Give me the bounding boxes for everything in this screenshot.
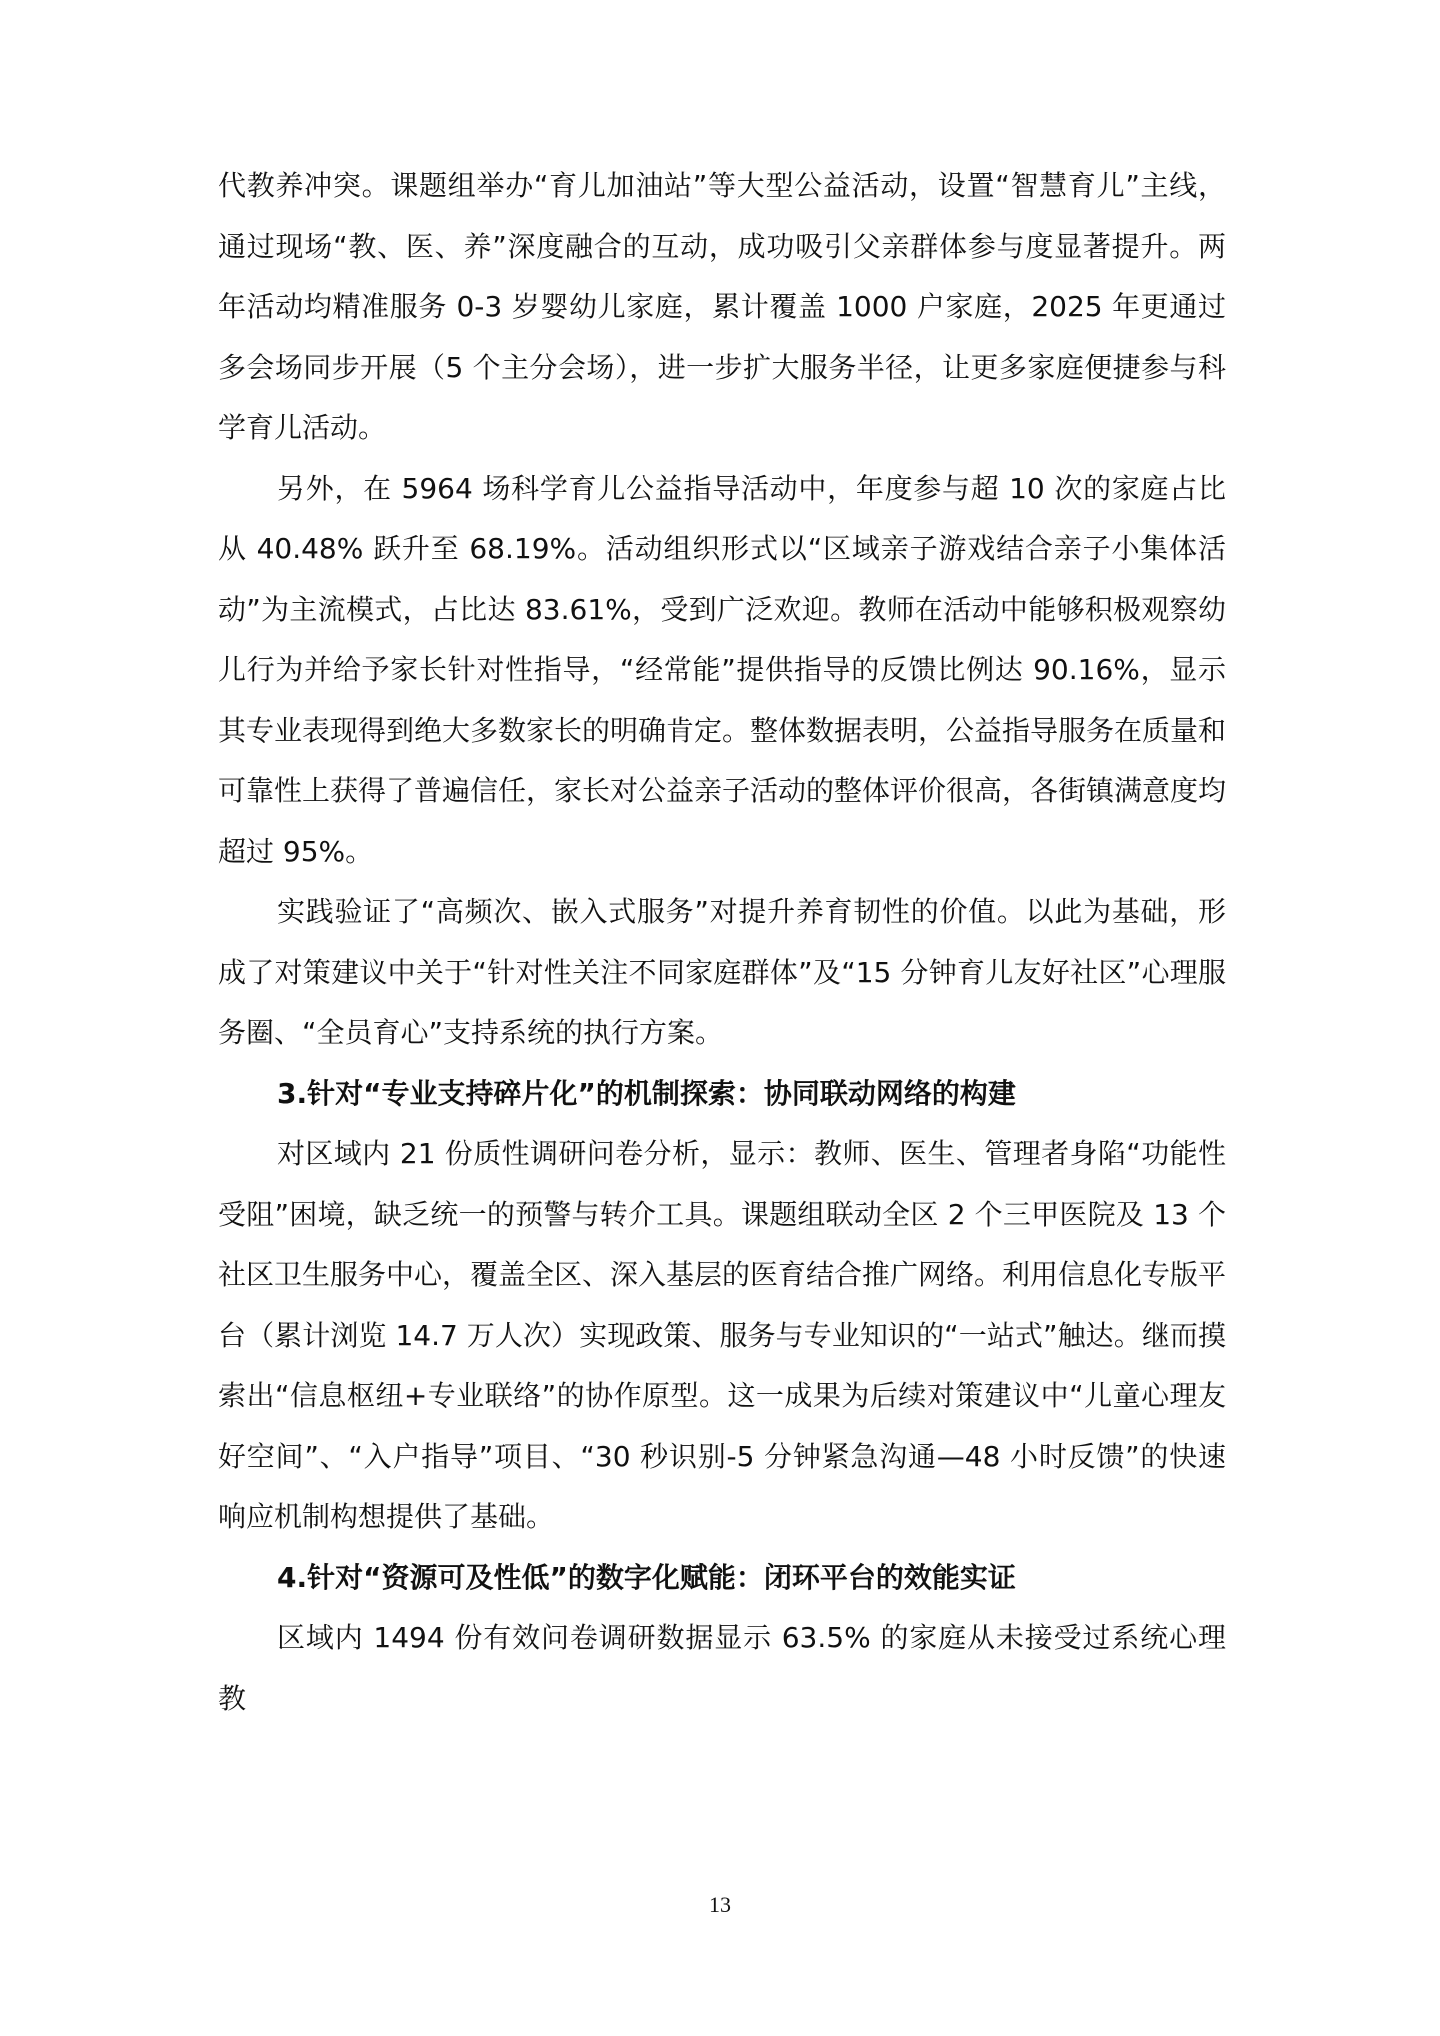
section-heading-4: 4.针对“资源可及性低”的数字化赋能：闭环平台的效能实证 bbox=[218, 1548, 1226, 1609]
paragraph-collaboration-network: 对区域内 21 份质性调研问卷分析，显示：教师、医生、管理者身陷“功能性受阻”困… bbox=[218, 1124, 1226, 1548]
document-body: 代教养冲突。课题组举办“育儿加油站”等大型公益活动，设置“智慧育儿”主线，通过现… bbox=[218, 156, 1226, 1729]
section-heading-3: 3.针对“专业支持碎片化”的机制探索：协同联动网络的构建 bbox=[218, 1064, 1226, 1125]
page-number: 13 bbox=[0, 1892, 1440, 1918]
paragraph-activity-stats: 另外，在 5964 场科学育儿公益指导活动中，年度参与超 10 次的家庭占比从 … bbox=[218, 459, 1226, 883]
paragraph-practice-validation: 实践验证了“高频次、嵌入式服务”对提升养育韧性的价值。以此为基础，形成了对策建议… bbox=[218, 882, 1226, 1064]
paragraph-continuation: 代教养冲突。课题组举办“育儿加油站”等大型公益活动，设置“智慧育儿”主线，通过现… bbox=[218, 156, 1226, 459]
document-page: 代教养冲突。课题组举办“育儿加油站”等大型公益活动，设置“智慧育儿”主线，通过现… bbox=[0, 0, 1440, 2036]
paragraph-survey-data: 区域内 1494 份有效问卷调研数据显示 63.5% 的家庭从未接受过系统心理教 bbox=[218, 1608, 1226, 1729]
